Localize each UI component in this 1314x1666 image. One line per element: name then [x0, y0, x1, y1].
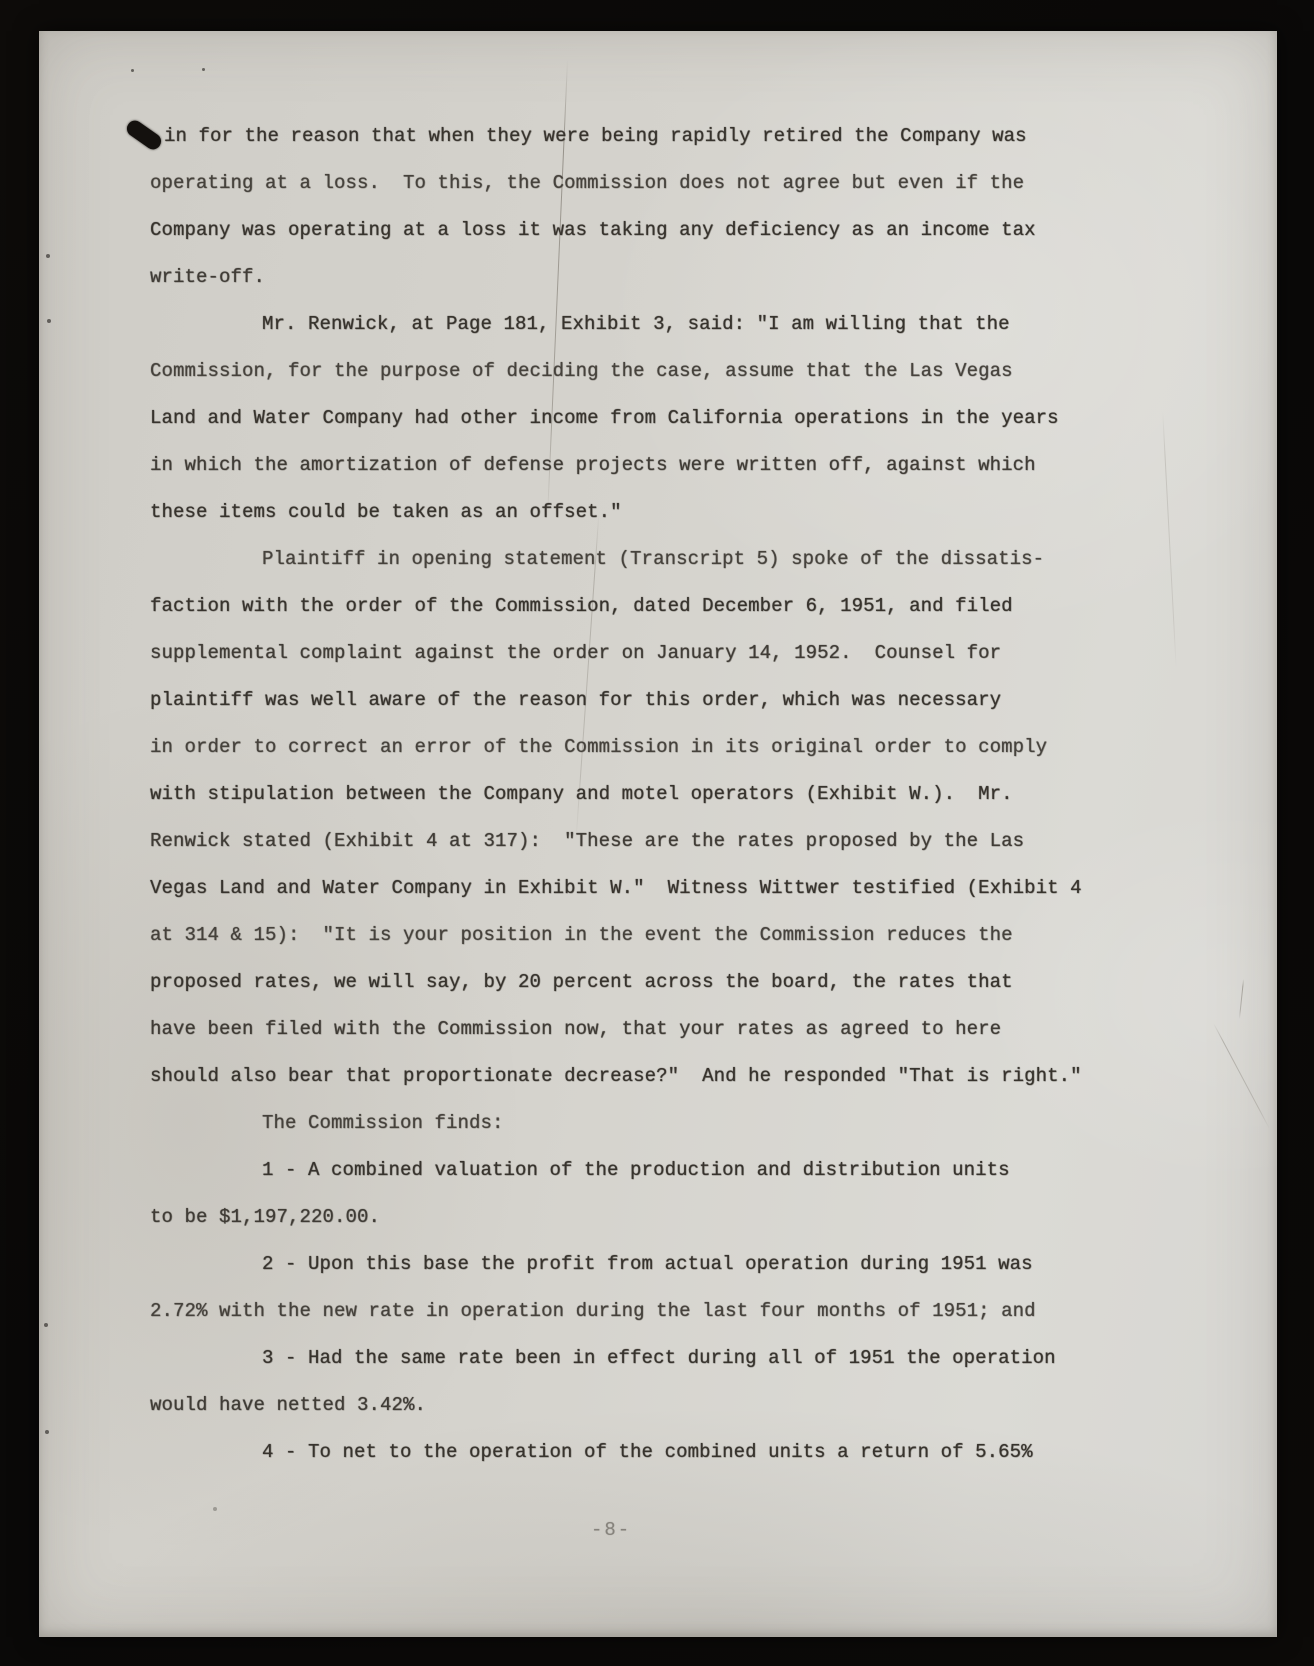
typewritten-line: 4 - To net to the operation of the combi… [150, 1429, 1210, 1476]
paper-crease [1239, 979, 1244, 1019]
typewritten-line: Commission, for the purpose of deciding … [150, 348, 1210, 395]
document-text: in for the reason that when they were be… [150, 113, 1210, 1476]
typewritten-line: 2.72% with the new rate in operation dur… [150, 1288, 1210, 1335]
typewritten-line: would have netted 3.42%. [150, 1382, 1210, 1429]
typewritten-line: with stipulation between the Company and… [150, 771, 1210, 818]
typewritten-line: 2 - Upon this base the profit from actua… [150, 1241, 1210, 1288]
paper-crease [1213, 1023, 1270, 1129]
paper-speck [213, 1507, 217, 1511]
typewritten-line: faction with the order of the Commission… [150, 583, 1210, 630]
typewritten-line: supplemental complaint against the order… [150, 630, 1210, 677]
typewritten-line: plaintiff was well aware of the reason f… [150, 677, 1210, 724]
typewritten-line: operating at a loss. To this, the Commis… [150, 160, 1210, 207]
typewritten-line: in which the amortization of defense pro… [150, 442, 1210, 489]
paper-speck [131, 69, 134, 72]
typewritten-line: proposed rates, we will say, by 20 perce… [150, 959, 1210, 1006]
typewritten-line: Land and Water Company had other income … [150, 395, 1210, 442]
typewritten-line: at 314 & 15): "It is your position in th… [150, 912, 1210, 959]
paper-speck [202, 68, 205, 71]
typewritten-line: 3 - Had the same rate been in effect dur… [150, 1335, 1210, 1382]
typewritten-line: Vegas Land and Water Company in Exhibit … [150, 865, 1210, 912]
typewritten-line: to be $1,197,220.00. [150, 1194, 1210, 1241]
typewritten-line: have been filed with the Commission now,… [150, 1006, 1210, 1053]
photo-backdrop: in for the reason that when they were be… [0, 0, 1314, 1666]
document-page: in for the reason that when they were be… [39, 31, 1277, 1637]
typewritten-line: in for the reason that when they were be… [150, 113, 1210, 160]
paper-speck [44, 1323, 48, 1327]
typewritten-line: Plaintiff in opening statement (Transcri… [150, 536, 1210, 583]
typewritten-line: Mr. Renwick, at Page 181, Exhibit 3, sai… [150, 301, 1210, 348]
paper-speck [46, 254, 50, 258]
typewritten-line: in order to correct an error of the Comm… [150, 724, 1210, 771]
typewritten-line: write-off. [150, 254, 1210, 301]
typewritten-line: The Commission finds: [150, 1100, 1210, 1147]
typewritten-line: Company was operating at a loss it was t… [150, 207, 1210, 254]
typewritten-line: 1 - A combined valuation of the producti… [150, 1147, 1210, 1194]
typewritten-line: these items could be taken as an offset.… [150, 489, 1210, 536]
typewritten-line: should also bear that proportionate decr… [150, 1053, 1210, 1100]
page-number: -8- [591, 1519, 631, 1541]
typewritten-line: Renwick stated (Exhibit 4 at 317): "Thes… [150, 818, 1210, 865]
paper-speck [47, 319, 51, 323]
paper-speck [45, 1430, 49, 1434]
